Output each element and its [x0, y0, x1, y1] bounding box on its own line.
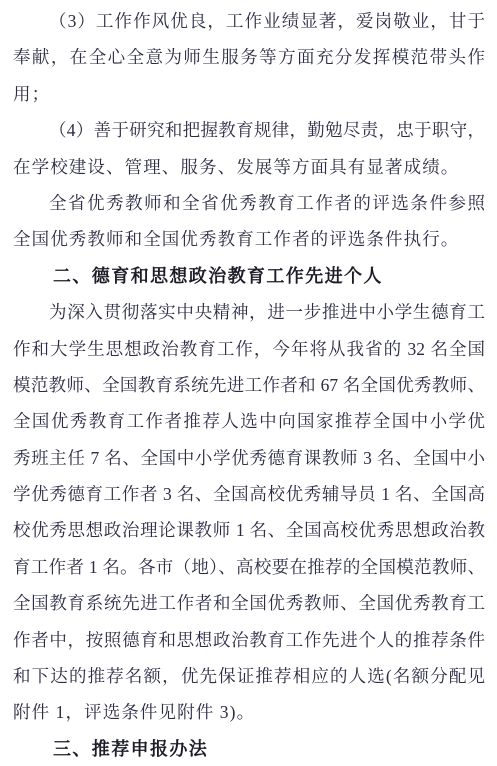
text-line: （4）善于研究和把握教育规律，勤勉尽责，忠于职守， — [13, 112, 485, 148]
text-line: 全国优秀教师和全国优秀教育工作者的评选条件执行。 — [13, 221, 485, 257]
text-line: 全省优秀教师和全省优秀教育工作者的评选条件参照 — [13, 185, 485, 221]
text-line: 作和大学生思想政治教育工作，今年将从我省的 32 名全国 — [13, 331, 485, 367]
document-body: （3）工作作风优良，工作业绩显著，爱岗敬业，甘于 奉献，在全心全意为师生服务等方… — [0, 0, 497, 766]
text-line: 在学校建设、管理、服务、发展等方面具有显著成绩。 — [13, 149, 485, 185]
text-line: 和下达的推荐名额，优先保证推荐相应的人选(名额分配见 — [13, 658, 485, 694]
text-line: 育工作者 1 名。各市（地）、高校要在推荐的全国模范教师、 — [13, 549, 485, 585]
text-line: 全国优秀教育工作者推荐人选中向国家推荐全国中小学优 — [13, 403, 485, 439]
text-line: 校优秀思想政治理论课教师 1 名、全国高校优秀思想政治教 — [13, 512, 485, 548]
text-line: 附件 1，评选条件见附件 3)。 — [13, 694, 485, 730]
section-heading-3: 三、推荐申报办法 — [13, 731, 485, 766]
text-line: 用； — [13, 76, 485, 112]
text-line: （3）工作作风优良，工作业绩显著，爱岗敬业，甘于 — [13, 3, 485, 39]
section-heading-2: 二、德育和思想政治教育工作先进个人 — [13, 258, 485, 294]
text-line: 秀班主任 7 名、全国中小学优秀德育课教师 3 名、全国中小 — [13, 440, 485, 476]
text-line: 学优秀德育工作者 3 名、全国高校优秀辅导员 1 名、全国高 — [13, 476, 485, 512]
text-line: 全国教育系统先进工作者和全国优秀教师、全国优秀教育工 — [13, 585, 485, 621]
text-line: 奉献，在全心全意为师生服务等方面充分发挥模范带头作 — [13, 39, 485, 75]
text-line: 作者中，按照德育和思想政治教育工作先进个人的推荐条件 — [13, 622, 485, 658]
text-line: 模范教师、全国教育系统先进工作者和 67 名全国优秀教师、 — [13, 367, 485, 403]
document-page: （3）工作作风优良，工作业绩显著，爱岗敬业，甘于 奉献，在全心全意为师生服务等方… — [0, 0, 497, 766]
text-line: 为深入贯彻落实中央精神，进一步推进中小学生德育工 — [13, 294, 485, 330]
